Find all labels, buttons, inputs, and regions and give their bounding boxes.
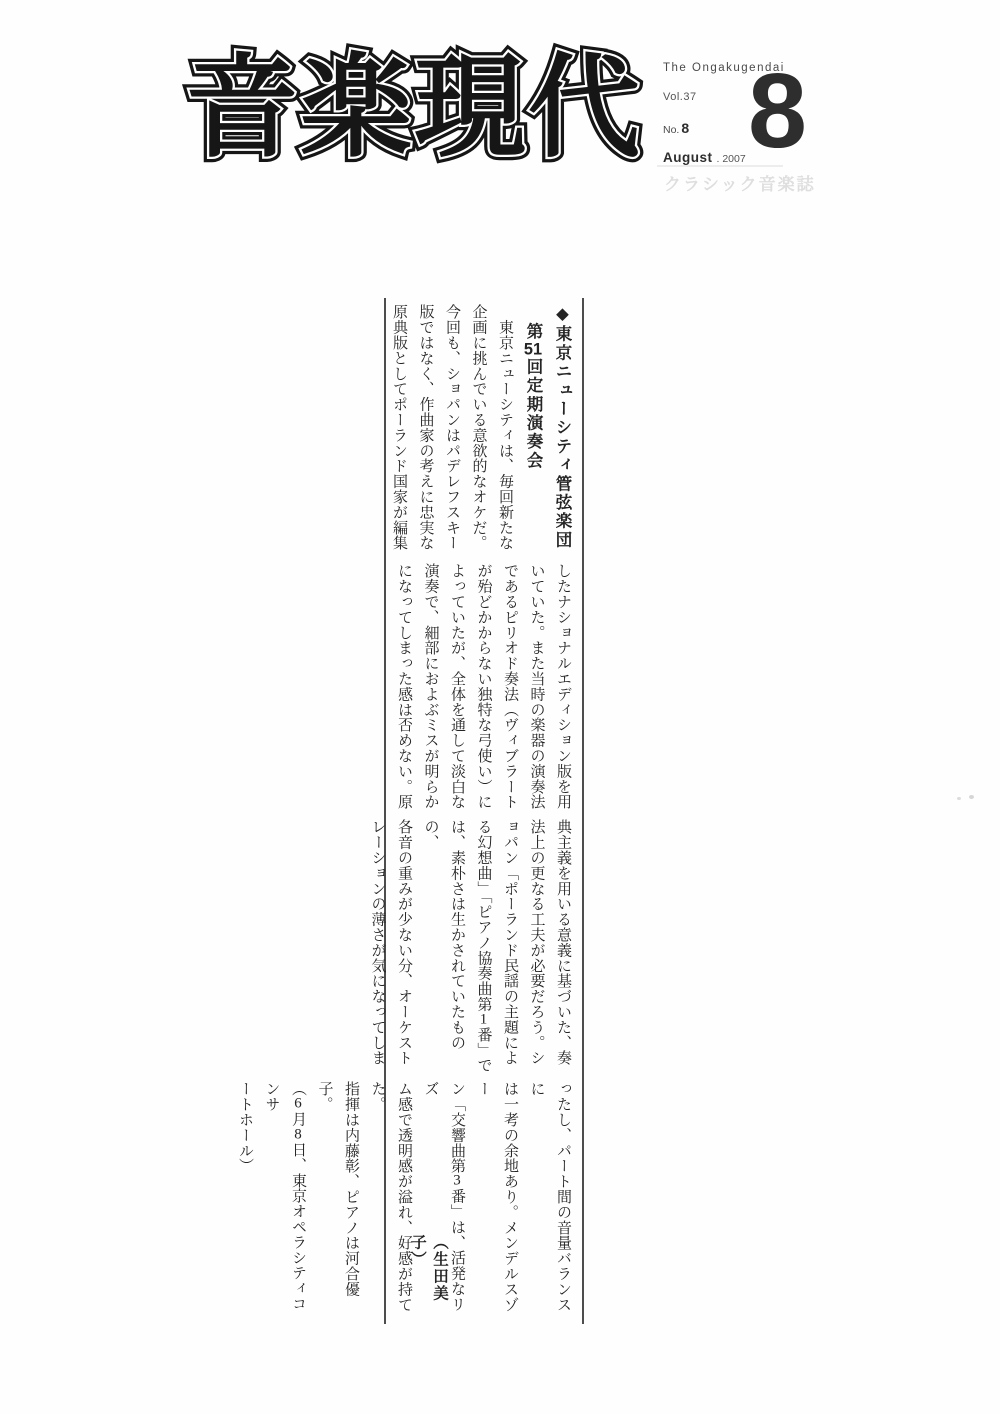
article-band-4: ったし、パート間の音量バランスには一考の余地あり。メンデルスゾーン「交響曲第3番… bbox=[232, 1081, 577, 1326]
article-subheadline: 第51回定期演奏会 bbox=[518, 304, 547, 554]
magazine-logo: 音楽現代 音楽現代 音楽現代 bbox=[186, 44, 661, 179]
article-column: る幻想曲」「ピアノ協奏曲第1番」で bbox=[470, 819, 497, 1073]
article-column: いていた。また当時の楽器の演奏法 bbox=[523, 563, 550, 815]
date-year: . 2007 bbox=[717, 153, 746, 165]
article-headline: ◆東京ニューシティ管弦楽団 bbox=[547, 304, 576, 554]
article-column: になってしまった感は否めない。原 bbox=[391, 563, 418, 815]
article-band-1: ◆東京ニューシティ管弦楽団 第51回定期演奏会 東京ニューシティは、毎回新たな企… bbox=[386, 304, 577, 554]
scan-artifact bbox=[969, 795, 974, 799]
article-column: 東京ニューシティは、毎回新たな bbox=[492, 304, 519, 554]
magazine-tagline: クラシック音楽誌 bbox=[664, 170, 816, 195]
article-column: したナショナルエディション版を用 bbox=[550, 563, 577, 815]
magazine-page-scan: 音楽現代 音楽現代 音楽現代 The Ongakugendai Vol.37 N… bbox=[0, 0, 1000, 1414]
number-value: 8 bbox=[681, 120, 689, 136]
article-column: ったし、パート間の音量バランスに bbox=[523, 1081, 576, 1326]
article-column: 原典版としてポーランド国家が編集 bbox=[386, 304, 413, 554]
article-column: （6月8日、東京オペラシティコンサ bbox=[258, 1081, 311, 1326]
article-column: 指揮は内藤彰、ピアノは河合優子。 bbox=[311, 1081, 364, 1326]
article-column: 演奏で、細部におよぶミスが明らか bbox=[417, 563, 444, 815]
number-prefix: No. bbox=[663, 124, 679, 136]
article-band-3: 典主義を用いる意義に基づいた、奏法上の更なる工夫が必要だろう。ショパン「ポーラン… bbox=[364, 819, 576, 1073]
article-column: であるピリオド奏法（ヴィブラート bbox=[497, 563, 524, 815]
byline: （生田美子） bbox=[406, 1234, 450, 1324]
scan-artifact bbox=[957, 797, 961, 800]
date-month: August bbox=[663, 150, 713, 165]
article-column: が殆どかからない独特な弓使い）に bbox=[470, 563, 497, 815]
article-column: 版ではなく、作曲家の考えに忠実な bbox=[412, 304, 439, 554]
article-column: レーションの薄さが気になってしま bbox=[364, 819, 391, 1073]
article-band-2: したナショナルエディション版を用いていた。また当時の楽器の演奏法であるピリオド奏… bbox=[391, 563, 577, 815]
logo-text-fill: 音楽現代 bbox=[186, 44, 642, 173]
article-column: 各音の重みが少ない分、オーケスト bbox=[391, 819, 418, 1073]
issue-number-large: 8 bbox=[748, 58, 807, 164]
article-column: は、素朴さは生かされていたものの、 bbox=[417, 819, 470, 1073]
article-column: は一考の余地あり。メンデルスゾー bbox=[470, 1081, 523, 1326]
tagline-rule bbox=[657, 165, 783, 167]
concert-review-article: ◆東京ニューシティ管弦楽団 第51回定期演奏会 東京ニューシティは、毎回新たな企… bbox=[384, 298, 584, 1324]
article-column: よっていたが、全体を通して淡白な bbox=[444, 563, 471, 815]
article-column: 今回も、ショパンはパデレフスキー bbox=[439, 304, 466, 554]
article-column: ートホール） bbox=[232, 1081, 259, 1326]
article-column: 典主義を用いる意義に基づいた、奏 bbox=[550, 819, 577, 1073]
article-column: 企画に挑んでいる意欲的なオケだ。 bbox=[465, 304, 492, 554]
article-column: 法上の更なる工夫が必要だろう。シ bbox=[523, 819, 550, 1073]
article-column: ョパン「ポーランド民謡の主題によ bbox=[497, 819, 524, 1073]
